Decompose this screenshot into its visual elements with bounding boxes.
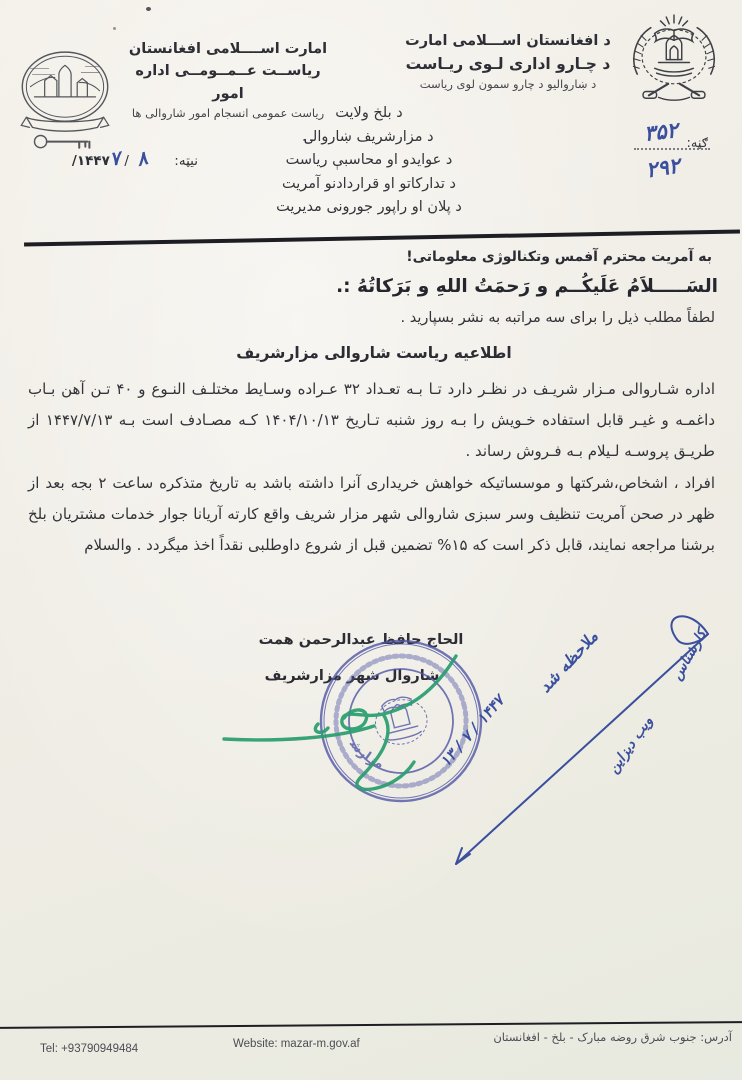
scanned-official-letter: د افغانستان اســـلامی امارت د چـارو ادار…	[0, 0, 742, 1080]
header-right-line1: د افغانستان اســـلامی امارت	[402, 30, 614, 52]
addressee-line: د عوایدو او محاسبې ریاست	[208, 149, 530, 173]
date-block: نیټه: ۸ / ۷۱۴۴۷/	[28, 148, 198, 170]
date-month-handwritten: ۷	[108, 147, 122, 170]
addressee-line: د بلخ ولایت	[208, 102, 530, 126]
footer-website: Website: mazar-m.gov.af	[233, 1038, 360, 1050]
publish-request-line: لطفاً مطلب ذیل را برای سه مراتبه به نشر …	[401, 310, 715, 326]
date-label: نیټه:	[174, 153, 198, 169]
header-divider-line	[24, 229, 740, 246]
footer-phone: Tel: +93790949484	[40, 1043, 138, 1055]
header-right-line2: د چـارو اداری لـوی ریـاست	[402, 52, 614, 76]
reference-dotted-line	[634, 148, 710, 150]
header-right-line3: د ښاروالیو د چارو سمون لوی ریاست	[402, 76, 614, 94]
date-year: ۱۴۴۷/	[72, 153, 110, 169]
footer-divider-line	[0, 1021, 742, 1028]
header-left-line1: امارت اســــلامی افغانستان	[122, 38, 334, 60]
scan-speck	[113, 27, 116, 30]
notice-paragraph-1: اداره شـاروالی مـزار شریـف در نظـر دارد …	[28, 374, 715, 467]
salutation-line: السَـــــلاَمُ عَلَيکُــم و رَحمَتُ الله…	[336, 276, 718, 297]
addressee-line: د پلان او راپور جورونی مدیریت	[208, 196, 530, 220]
handwritten-annotation: ملاحظه شد ۱۳ / ۷ / ۱۴۴۷ کارشناس ویب دیزا…	[420, 592, 742, 892]
addressed-to-line: به آمریت محترم آفمس وتکنالوژی معلوماتی!	[406, 249, 712, 265]
date-day-handwritten: ۸	[135, 147, 150, 171]
scan-speck	[146, 7, 151, 11]
header-left-line2: ریاســت عــمــومــی اداره امور	[122, 60, 334, 105]
footer-address: آدرس: جنوب شرق روضه مبارک - بلخ - افغانس…	[493, 1030, 732, 1044]
reference-number-top: ۳۵۲	[643, 118, 680, 146]
addressee-line: د تدارکاتو او قراردادنو آمریت	[208, 173, 530, 197]
notice-paragraph-2: افراد ، اشخاص،شرکتها و موسساتیکه خواهش خ…	[28, 468, 715, 561]
header-right-block: د افغانستان اســـلامی امارت د چـارو ادار…	[402, 30, 614, 94]
national-emblem-icon	[616, 12, 732, 114]
addressee-list: د بلخ ولایت د مزارشریف ښاروالۍ د عوایدو …	[208, 102, 530, 220]
reference-number-block: ګڼه: ۳۵۲ ۲۹۲	[606, 116, 726, 194]
notice-title: اطلاعیه ریاست شاروالی مزارشریف	[228, 344, 520, 362]
addressee-line: د مزارشریف ښاروالۍ	[208, 126, 530, 150]
reference-number-bottom: ۲۹۲	[644, 154, 681, 183]
